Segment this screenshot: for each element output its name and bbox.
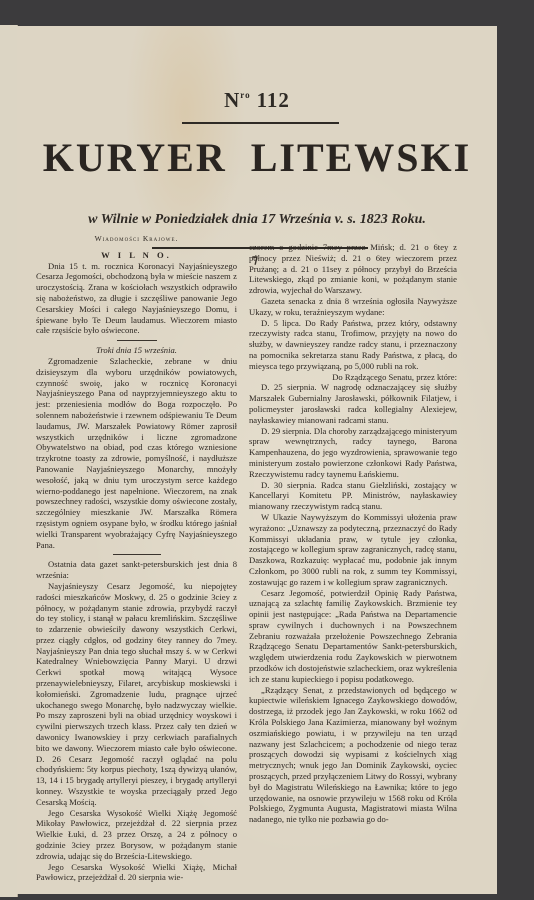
article-paragraph: Ostatnia data gazet sankt-petersburskich… <box>36 559 237 581</box>
issue-number-value: 112 <box>257 88 290 112</box>
issue-number: Nro112 <box>17 88 497 113</box>
article-paragraph: D. 5 lipca. Do Rady Państwa, przez który… <box>249 318 457 372</box>
dateline: w Wilnie w Poniedziałek dnia 17 Września… <box>17 212 497 228</box>
article-divider <box>113 554 161 555</box>
article-paragraph: Zgromadzenie Szlacheckie, zebrane w dniu… <box>36 356 237 550</box>
subhead-troki: Troki dnia 15 września. <box>36 345 237 356</box>
article-paragraph: D. 25 sierpnia. W nagrodę odznaczającey … <box>249 382 457 425</box>
article-divider <box>117 340 157 341</box>
article-paragraph: Jego Cesarska Wysokość Wielki Xiążę Jego… <box>36 808 237 862</box>
article-paragraph: Nayjaśnieyszy Cesarz Jegomość, ku niepoj… <box>36 581 237 808</box>
title-word-2: LITEWSKI <box>251 135 472 180</box>
right-column: czorem o godzinie 7mey przez Mińsk; d. 2… <box>249 242 457 825</box>
article-paragraph: Dnia 15 t. m. rocznica Koronacyi Nayjaśn… <box>36 261 237 337</box>
masthead-rule-top <box>182 122 339 124</box>
article-paragraph: D. 30 sierpnia. Radca stanu Giełzliński,… <box>249 480 457 512</box>
left-column: Wiadomości Krajowe. W I L N O. Dnia 15 t… <box>36 232 237 883</box>
article-paragraph: W Ukazie Naywyższym do Kommissyi ułożeni… <box>249 512 457 588</box>
newspaper-title: KURYERLITEWSKI <box>17 134 497 181</box>
title-word-1: KURYER <box>43 135 227 180</box>
article-paragraph: Cesarz Jegomość, potwierdził Opinię Rady… <box>249 588 457 685</box>
article-paragraph: czorem o godzinie 7mey przez Mińsk; d. 2… <box>249 242 457 296</box>
previous-page-edge <box>0 25 18 897</box>
section-heading: Wiadomości Krajowe. <box>36 234 237 245</box>
article-paragraph: Jego Cesarska Wysokość Wielki Xiążę, Mic… <box>36 862 237 884</box>
article-paragraph: „Rządzący Senat, z przedstawionych od bę… <box>249 685 457 825</box>
article-paragraph: D. 29 sierpnia. Dla choroby zarządzające… <box>249 426 457 480</box>
place-heading-wilno: W I L N O. <box>36 250 237 261</box>
senate-heading: Do Rządzącego Senatu, przez które: <box>249 372 457 383</box>
article-paragraph: Gazeta senacka z dnia 8 września ogłosił… <box>249 296 457 318</box>
